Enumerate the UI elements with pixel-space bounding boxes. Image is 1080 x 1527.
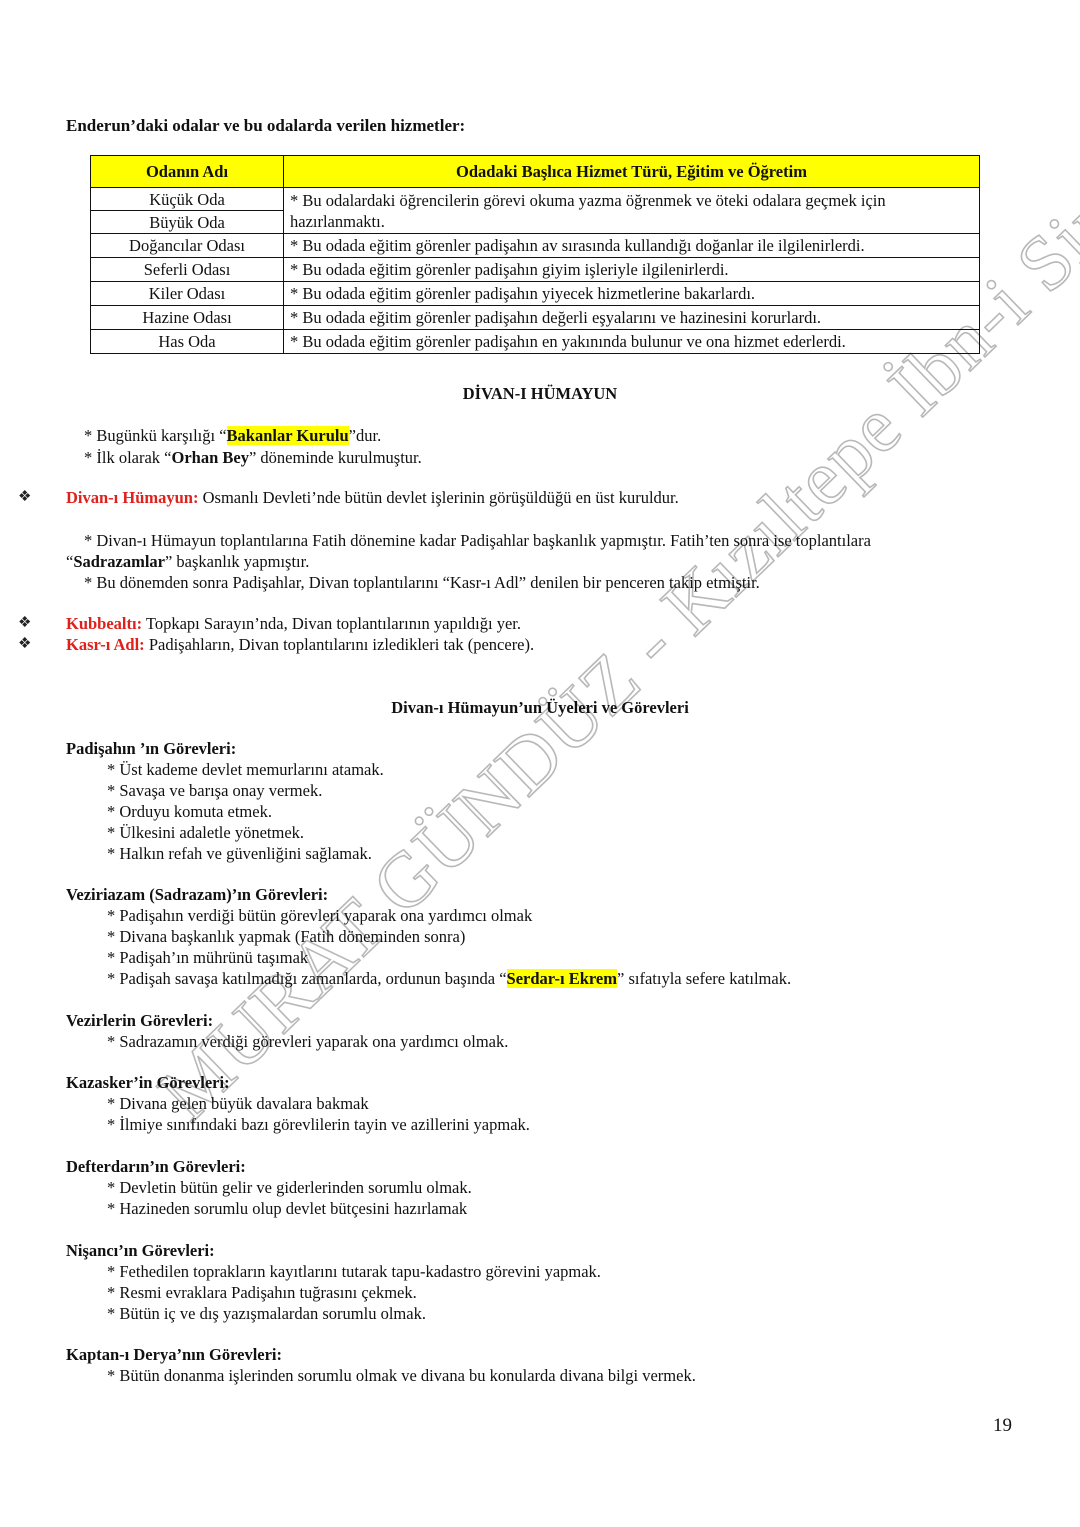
table-row: Doğancılar Odası * Bu odada eğitim gören…	[91, 234, 980, 258]
room-description: * Bu odada eğitim görenler padişahın değ…	[284, 306, 980, 330]
term-label: Kubbealtı:	[66, 614, 142, 633]
duty-heading-vezirler: Vezirlerin Görevleri:	[66, 1010, 213, 1031]
duty-heading-nisanci: Nişancı’ın Görevleri:	[66, 1240, 215, 1261]
duty-heading-kazasker: Kazasker’in Görevleri:	[66, 1072, 230, 1093]
room-name: Has Oda	[91, 330, 284, 354]
text: * İlk olarak “	[84, 448, 172, 467]
definition-text: Padişahların, Divan toplantılarını izled…	[145, 635, 534, 654]
rooms-table: Odanın Adı Odadaki Başlıca Hizmet Türü, …	[90, 155, 980, 354]
bold-term: Sadrazamlar	[73, 552, 165, 571]
duty-heading-kaptan-i-derya: Kaptan-ı Derya’nın Görevleri:	[66, 1344, 282, 1365]
divan-definition: Divan-ı Hümayun: Osmanlı Devleti’nde büt…	[66, 487, 679, 508]
table-row: Seferli Odası * Bu odada eğitim görenler…	[91, 258, 980, 282]
duty-heading-padisah: Padişahın ’ın Görevleri:	[66, 738, 236, 759]
text: ” döneminde kurulmuştur.	[249, 448, 422, 467]
column-header-room-name: Odanın Adı	[91, 156, 284, 188]
page-title: Enderun’daki odalar ve bu odalarda veril…	[66, 115, 465, 136]
duty-item: * Resmi evraklara Padişahın tuğrasını çe…	[107, 1282, 417, 1303]
duty-item: * Sadrazamın verdiği görevleri yaparak o…	[107, 1031, 508, 1052]
room-name: Küçük Oda	[91, 188, 284, 211]
text: * Padişah savaşa katılmadığı zamanlarda,…	[107, 969, 507, 988]
table-row: Hazine Odası * Bu odada eğitim görenler …	[91, 306, 980, 330]
page-number: 19	[993, 1415, 1012, 1436]
room-description: * Bu odalardaki öğrencilerin görevi okum…	[284, 188, 980, 234]
bold-term: Orhan Bey	[172, 448, 249, 467]
text: * Bugünkü karşılığı “	[84, 426, 227, 445]
text: ” sıfatıyla sefere katılmak.	[617, 969, 791, 988]
duty-item: * Hazineden sorumlu olup devlet bütçesin…	[107, 1198, 467, 1219]
definition-text: Topkapı Sarayın’nda, Divan toplantıların…	[142, 614, 521, 633]
diamond-bullet-icon: ❖	[18, 487, 31, 508]
room-name: Büyük Oda	[91, 211, 284, 234]
section-title-members: Divan-ı Hümayun’un Üyeleri ve Görevleri	[0, 697, 1080, 718]
divan-fact-2: * İlk olarak “Orhan Bey” döneminde kurul…	[84, 447, 422, 468]
duty-item: * Ülkesini adaletle yönetmek.	[107, 822, 304, 843]
divan-paragraph-1-line-1: * Divan-ı Hümayun toplantılarına Fatih d…	[84, 530, 871, 551]
term-label: Kasr-ı Adl:	[66, 635, 145, 654]
room-name: Hazine Odası	[91, 306, 284, 330]
duty-heading-defterdar: Defterdarın’ın Görevleri:	[66, 1156, 246, 1177]
duty-item: * Orduyu komuta etmek.	[107, 801, 272, 822]
divan-paragraph-1-line-2: “Sadrazamlar” başkanlık yapmıştır.	[66, 551, 309, 572]
duty-item: * İlmiye sınıfındaki bazı görevlilerin t…	[107, 1114, 530, 1135]
duty-item: * Divana başkanlık yapmak (Fatih dönemin…	[107, 926, 465, 947]
room-name: Seferli Odası	[91, 258, 284, 282]
highlighted-term: Serdar-ı Ekrem	[507, 969, 617, 988]
room-description: * Bu odada eğitim görenler padişahın av …	[284, 234, 980, 258]
definition-text: Osmanlı Devleti’nde bütün devlet işlerin…	[198, 488, 678, 507]
room-description: * Bu odada eğitim görenler padişahın yiy…	[284, 282, 980, 306]
table-header-row: Odanın Adı Odadaki Başlıca Hizmet Türü, …	[91, 156, 980, 188]
text: ”dur.	[349, 426, 382, 445]
term-label: Divan-ı Hümayun:	[66, 488, 198, 507]
duty-item: * Üst kademe devlet memurlarını atamak.	[107, 759, 384, 780]
duty-item: * Savaşa ve barışa onay vermek.	[107, 780, 322, 801]
duty-heading-sadrazam: Veziriazam (Sadrazam)’ın Görevleri:	[66, 884, 328, 905]
section-title-divan: DİVAN-I HÜMAYUN	[0, 383, 1080, 404]
room-name: Doğancılar Odası	[91, 234, 284, 258]
table-row: Kiler Odası * Bu odada eğitim görenler p…	[91, 282, 980, 306]
highlighted-term: Bakanlar Kurulu	[227, 426, 349, 445]
duty-item: * Bütün donanma işlerinden sorumlu olmak…	[107, 1365, 696, 1386]
duty-item: * Padişahın verdiği bütün görevleri yapa…	[107, 905, 532, 926]
duty-item: * Halkın refah ve güvenliğini sağlamak.	[107, 843, 372, 864]
duty-item: * Bütün iç ve dış yazışmalardan sorumlu …	[107, 1303, 426, 1324]
duty-item: * Fethedilen toprakların kayıtlarını tut…	[107, 1261, 601, 1282]
text: ” başkanlık yapmıştır.	[165, 552, 309, 571]
duty-item: * Divana gelen büyük davalara bakmak	[107, 1093, 369, 1114]
column-header-service: Odadaki Başlıca Hizmet Türü, Eğitim ve Ö…	[284, 156, 980, 188]
table-row: Has Oda * Bu odada eğitim görenler padiş…	[91, 330, 980, 354]
room-name: Kiler Odası	[91, 282, 284, 306]
divan-fact-1: * Bugünkü karşılığı “Bakanlar Kurulu”dur…	[84, 425, 381, 446]
room-description: * Bu odada eğitim görenler padişahın giy…	[284, 258, 980, 282]
divan-paragraph-2: * Bu dönemden sonra Padişahlar, Divan to…	[84, 572, 760, 593]
duty-item: * Padişah’ın mührünü taşımak	[107, 947, 308, 968]
duty-item: * Devletin bütün gelir ve giderlerinden …	[107, 1177, 472, 1198]
table-row: Küçük Oda * Bu odalardaki öğrencilerin g…	[91, 188, 980, 211]
room-description: * Bu odada eğitim görenler padişahın en …	[284, 330, 980, 354]
diamond-bullet-icon: ❖	[18, 634, 31, 655]
duty-item: * Padişah savaşa katılmadığı zamanlarda,…	[107, 968, 791, 989]
term-kasr-i-adl: Kasr-ı Adl: Padişahların, Divan toplantı…	[66, 634, 534, 655]
diamond-bullet-icon: ❖	[18, 613, 31, 634]
term-kubbealti: Kubbealtı: Topkapı Sarayın’nda, Divan to…	[66, 613, 521, 634]
